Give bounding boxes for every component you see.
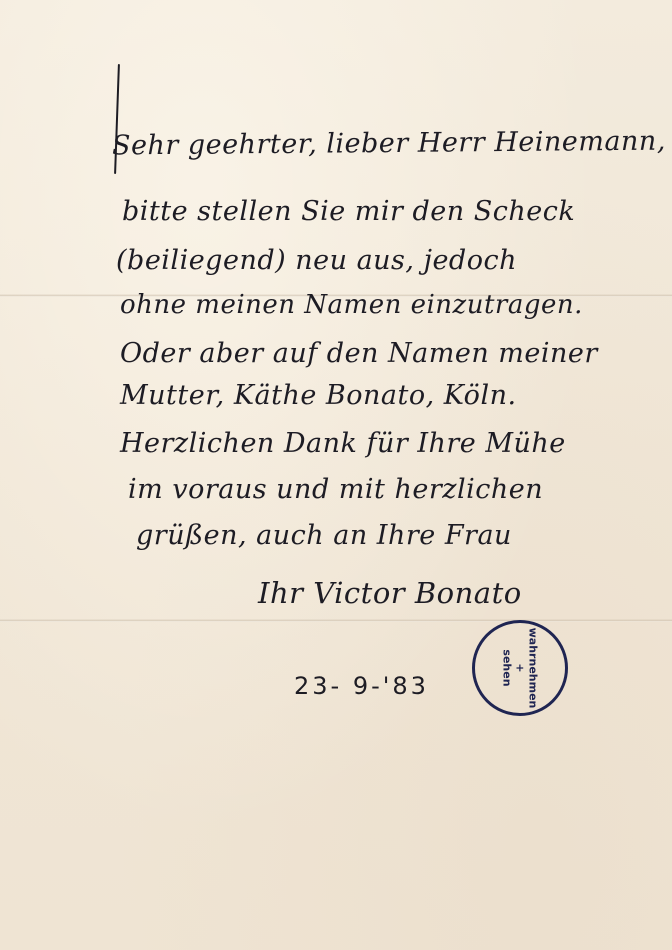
letter-line: grüßen, auch an Ihre Frau bbox=[136, 520, 512, 551]
letter-line: ohne meinen Namen einzutragen. bbox=[120, 290, 583, 320]
letter-page: Sehr geehrter, lieber Herr Heinemann, bi… bbox=[0, 0, 672, 950]
letter-line: Mutter, Käthe Bonato, Köln. bbox=[120, 380, 517, 411]
letter-line: Oder aber auf den Namen meiner bbox=[120, 338, 598, 369]
stamp-line: + bbox=[514, 628, 527, 709]
letter-line: (beiliegend) neu aus, jedoch bbox=[116, 245, 517, 276]
signature: Ihr Victor Bonato bbox=[258, 576, 522, 610]
salutation: Sehr geehrter, lieber Herr Heinemann, bbox=[112, 126, 666, 162]
stamp-text: wahrnehmen + sehen bbox=[501, 628, 540, 709]
paper-fold bbox=[0, 619, 672, 622]
letter-line: im voraus und mit herzlichen bbox=[128, 474, 543, 505]
letter-line: bitte stellen Sie mir den Scheck bbox=[122, 196, 575, 227]
stamp-line: sehen bbox=[501, 628, 514, 709]
stamp-line: wahrnehmen bbox=[527, 628, 540, 709]
letter-line: Herzlichen Dank für Ihre Mühe bbox=[120, 428, 566, 459]
letter-date: 23- 9-'83 bbox=[294, 672, 429, 700]
ink-stamp: wahrnehmen + sehen bbox=[472, 620, 568, 716]
